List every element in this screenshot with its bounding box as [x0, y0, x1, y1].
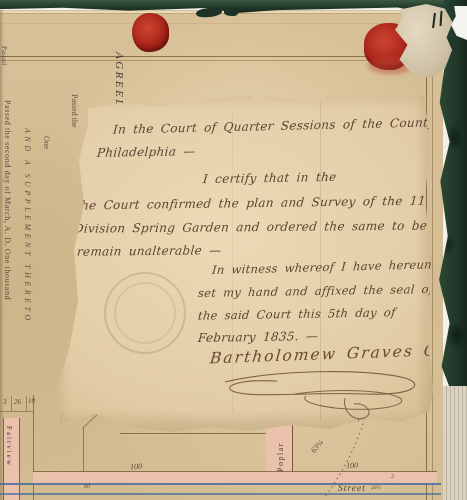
block-line: [83, 428, 84, 472]
spine-text-passed-the: Passed the: [70, 94, 79, 152]
street-name-poplar: Poplar: [276, 428, 285, 472]
lot-divider: [26, 396, 27, 411]
agreed-label: AGREED: [113, 52, 125, 110]
handwriting-line: In the Court of Quarter Sessions of the …: [112, 115, 435, 136]
handwriting-line: set my hand and affixed the seal of: [197, 282, 434, 300]
wax-seal-left: [132, 13, 169, 52]
handwriting-line: I certify that in the: [202, 170, 337, 186]
spine-text-passed-march: Passed the second day of March, A. D. On…: [3, 100, 12, 346]
spine-text-one: One: [42, 136, 51, 176]
signature-flourish: [215, 368, 435, 426]
embossed-seal-inner-ring: [114, 282, 176, 344]
sheet-top-edge-shadow: [0, 13, 443, 14]
spine-text-fragment: Passed: [0, 46, 8, 90]
handwriting-line: Division Spring Garden and ordered the s…: [73, 218, 458, 235]
scanned-document-page: Passed Passed the second day of March, A…: [0, 0, 467, 500]
small-annotation: 2: [391, 474, 394, 480]
clerk-signature: Bartholomew Graves Clk: [209, 341, 457, 368]
frame-line-top-inner: [0, 60, 429, 61]
book-page-edges: [443, 386, 467, 500]
handwriting-line: Philadelphia —: [96, 144, 196, 160]
handwriting-line: the said Court this 5th day of: [197, 305, 396, 322]
handwriting-line: remain unalterable —: [76, 243, 222, 259]
dimension-60: 60: [84, 484, 90, 490]
dimension-100-left: 100: [130, 462, 142, 471]
handwriting-line: the Court confirmed the plan and Survey …: [75, 193, 439, 212]
lot-row-line: [0, 411, 33, 412]
handwriting-line: In witness whereof I have hereunto: [211, 257, 444, 277]
lot-number: 3: [3, 398, 7, 406]
pasted-certificate: In the Court of Quarter Sessions of the …: [52, 92, 434, 437]
lot-number: 26: [14, 398, 21, 406]
lot-divider: [11, 396, 12, 411]
paper-crease: [0, 23, 437, 24]
frame-line-right-inner: [432, 58, 433, 500]
handwriting-line: February 1835. —: [197, 329, 319, 345]
spine-text-supplement: AND A SUPPLEMENT THERETO: [23, 128, 32, 352]
